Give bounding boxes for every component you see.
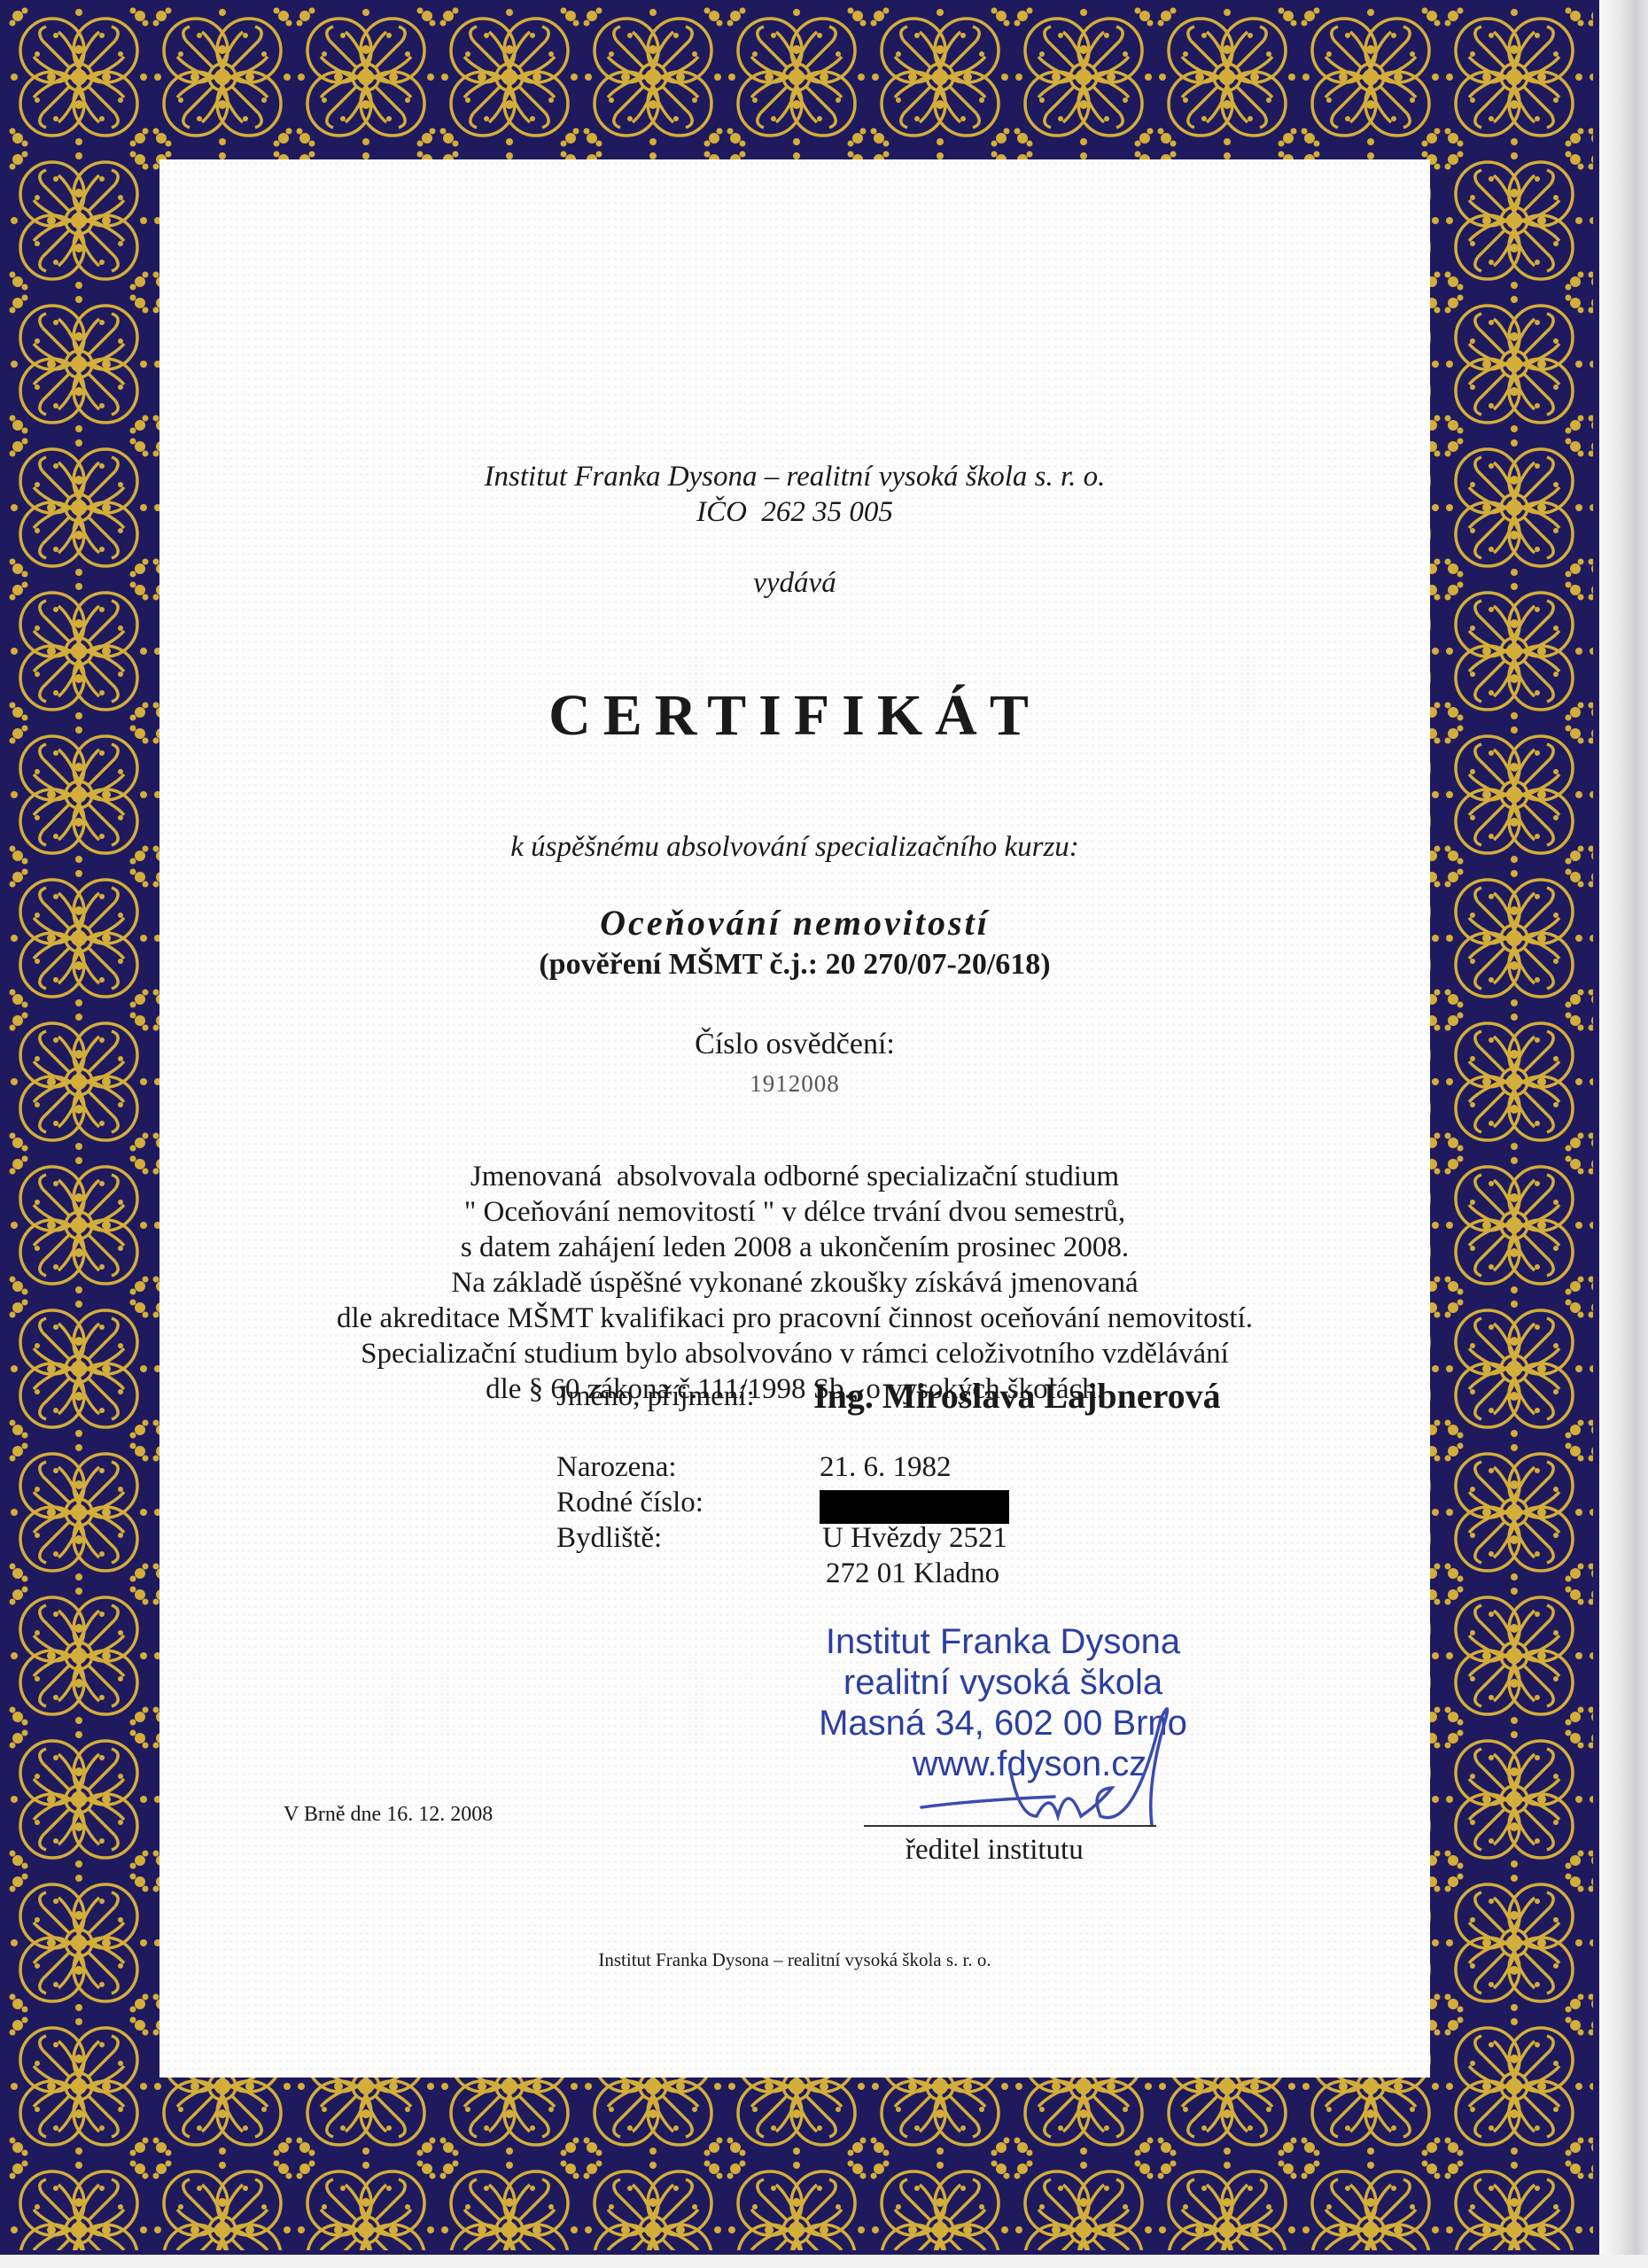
body-line: Jmenovaná absolvovala odborné specializa… <box>159 1159 1430 1194</box>
body-line: dle § 60 zákona č.111/1998 Sb., o vysoký… <box>159 1371 1430 1407</box>
issues-verb: vydává <box>159 567 1430 600</box>
mandate-reference: (pověření MŠMT č.j.: 20 270/07-20/618) <box>159 948 1430 982</box>
place-and-date: V Brně dne 16. 12. 2008 <box>284 1803 493 1827</box>
issuer-block: Institut Franka Dysona – realitní vysoká… <box>159 459 1430 530</box>
born-label: Narozena: <box>556 1451 677 1484</box>
body-line: Specializační studium bylo absolvováno v… <box>159 1336 1430 1371</box>
body-line: Na základě úspěšné vykonané zkoušky získ… <box>159 1265 1430 1301</box>
body-line: s datem zahájení leden 2008 a ukončením … <box>159 1230 1430 1265</box>
certificate-title: CERTIFIKÁT <box>159 682 1430 750</box>
scan-margin <box>1599 0 1648 2268</box>
certificate-number: 1912008 <box>159 1070 1430 1098</box>
signatory-role: ředitel institutu <box>906 1834 1084 1867</box>
course-name: Oceňování nemovitostí <box>159 902 1430 944</box>
body-line: " Oceňování nemovitostí " v délce trvání… <box>159 1194 1430 1230</box>
certificate-number-label: Číslo osvědčení: <box>159 1028 1430 1061</box>
holder-name: Ing. Miroslava Lajbnerová <box>813 1375 1221 1417</box>
residence-city: 272 01 Kladno <box>826 1557 999 1590</box>
director-signature <box>868 1683 1205 1843</box>
birth-number-label: Rodné číslo: <box>556 1487 704 1519</box>
residence-label: Bydliště: <box>556 1522 662 1555</box>
signature-line <box>864 1825 1156 1827</box>
footer-issuer: Institut Franka Dysona – realitní vysoká… <box>159 1949 1430 1971</box>
name-label: Jméno, příjmení: <box>556 1380 755 1413</box>
certificate-body-text: Jmenovaná absolvovala odborné specializa… <box>159 1159 1430 1407</box>
residence-street: U Hvězdy 2521 <box>822 1522 1007 1555</box>
body-line: dle akreditace MŠMT kvalifikaci pro prac… <box>159 1301 1430 1336</box>
issuer-name: Institut Franka Dysona – realitní vysoká… <box>159 459 1430 494</box>
birth-number-redaction <box>820 1490 1009 1524</box>
signature-icon <box>868 1683 1205 1843</box>
issuer-ico: IČO 262 35 005 <box>159 494 1430 530</box>
certificate-subtitle: k úspěšnému absolvování specializačního … <box>159 831 1430 864</box>
certificate-panel: Institut Franka Dysona – realitní vysoká… <box>159 159 1430 2078</box>
stamp-line: Institut Franka Dysona <box>790 1621 1216 1662</box>
scan-bottom-margin <box>0 2255 1648 2268</box>
born-date: 21. 6. 1982 <box>820 1451 952 1484</box>
